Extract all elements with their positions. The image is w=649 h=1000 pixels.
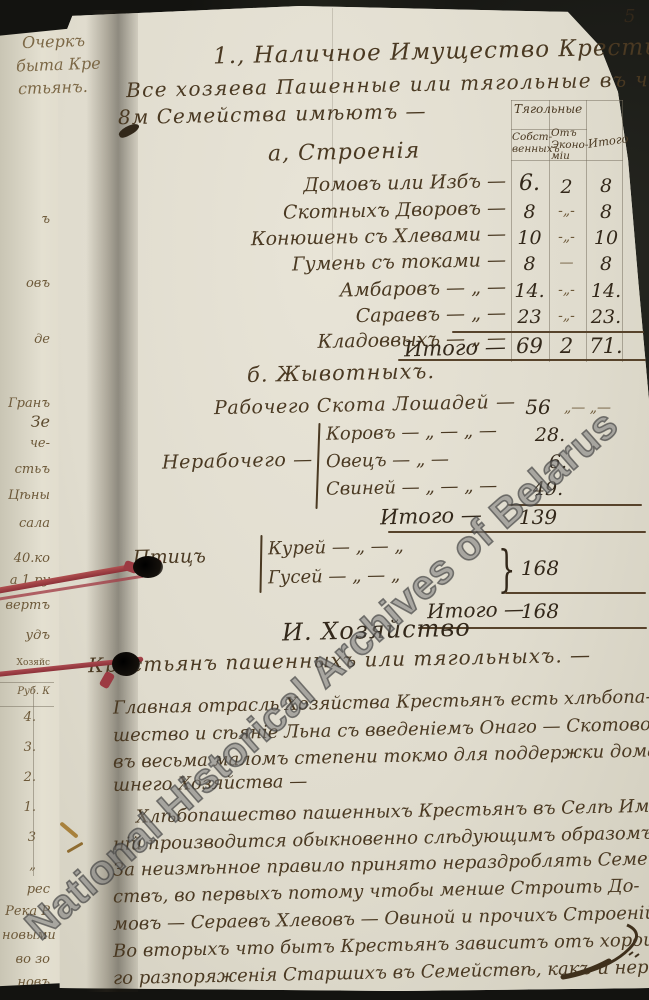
table-grid-line [511,100,623,101]
page-number: 5 [624,6,635,27]
prev-page-fragment: 1. [2,800,36,815]
nonworking-item-value: 49. [526,478,570,500]
prev-page-fragment: вертъ [2,598,50,613]
cell-econ: -„- [548,229,585,245]
binding-hole [133,556,163,578]
total-rule [398,359,646,361]
prev-page-fragment: Зе [2,412,50,431]
prev-page-fragment: ъ [2,212,50,227]
livestock-subtotal-label: Итого — [380,503,482,530]
prev-page-fragment: Гранъ [2,396,50,411]
prev-page-fragment: 3 [2,830,36,845]
prev-page-fragment: Руб. К [2,686,50,697]
binding-hole [112,652,140,676]
prev-page-fragment: овъ [2,276,50,291]
cell-own: 23 [511,306,548,328]
cell-econ: — [548,255,585,271]
cell-total: 23. [584,306,628,328]
nonworking-group-label: Нерабочего — [162,448,313,473]
margin-note-line: Очеркъ [22,31,86,52]
birds-combined-value: 168 [516,556,564,580]
prev-page-table-line [0,682,54,683]
total-rule [452,331,644,333]
nonworking-item-label: Свиней — „ — „ — [326,475,498,500]
col-header-group: Тягольные [514,104,582,116]
total-rule [505,592,646,594]
working-cattle-filler: „— „— [564,400,611,416]
prev-page-fragment: де [2,332,50,347]
cell-econ: -„- [548,308,585,324]
prev-page-fragment: че- [2,436,50,451]
prev-page-fragment: стьъ [2,462,50,477]
margin-note-line: стьянъ. [18,77,88,98]
cell-econ-total: 2 [548,334,585,358]
nonworking-item-value: 6. [536,451,580,473]
prev-page-fragment: Река Р [2,904,50,919]
prev-page-fragment: 4. [2,710,36,725]
cell-total: 10 [584,227,628,249]
buildings-subsection-label: а, Строенія [268,138,421,166]
prev-page-table-line [33,686,34,876]
prev-page-fragment: „ [2,858,36,873]
prev-page-fragment: 2. [2,770,36,785]
prev-page-fragment: Цѣны [2,488,50,503]
cell-total: 8 [584,253,628,275]
cell-own: 8 [511,201,548,223]
cell-own: 8 [511,253,548,275]
nonworking-item-label: Овецъ — „ — [326,449,449,473]
cell-own: 10 [511,227,548,249]
margin-note-line: быта Кре [16,54,101,76]
cell-own-total: 69 [511,334,548,358]
cell-econ: -„- [548,203,585,219]
closing-brace: } [498,540,515,598]
prev-page-fragment: 40.ко [2,551,50,566]
archival-document-scan: ъ овъ де Гранъ Зе че- стьъ Цѣны сала 40.… [0,0,649,1000]
prev-page-fragment: сала [2,516,50,531]
cell-total: 8 [584,201,628,223]
nonworking-item-value: 28. [528,424,572,446]
cell-total: 8 [584,175,628,197]
total-rule [388,531,646,533]
prev-page-fragment: 3. [2,740,36,755]
cell-own: 14. [511,280,548,302]
prev-page-fragment: новъ [2,975,50,990]
paraph-flourish [555,915,649,990]
cell-econ: -„- [548,282,585,298]
prev-page-fragment: удъ [2,628,50,643]
livestock-subsection-label: б. Жывотныхъ. [247,359,436,387]
birds-item-label: Гусей — „ — „ [268,565,401,589]
cell-own: 6. [511,171,548,196]
cell-grand-total: 71. [584,334,628,358]
working-cattle-value: 56 [518,395,558,419]
livestock-subtotal-value: 139 [514,505,562,529]
buildings-total-label: Итого — [404,335,506,362]
prev-page-table-line [0,706,54,707]
section2-heading: И. Хозяйство [282,614,471,647]
birds-total-value: 168 [516,599,564,623]
prev-page-fragment: новыми [2,928,50,943]
cell-total: 14. [584,280,628,302]
prev-page-fragment: рес [2,882,50,897]
cell-econ: 2 [548,176,585,198]
paragraph-line: шнего Хозяйства — [113,771,308,796]
col-header-econ: Отъ Эконо- міи [551,128,588,163]
nonworking-item-label: Коровъ — „ — „ — [326,420,497,445]
birds-item-label: Курей — „ — „ [268,536,404,560]
prev-page-fragment: во зо [2,952,50,967]
